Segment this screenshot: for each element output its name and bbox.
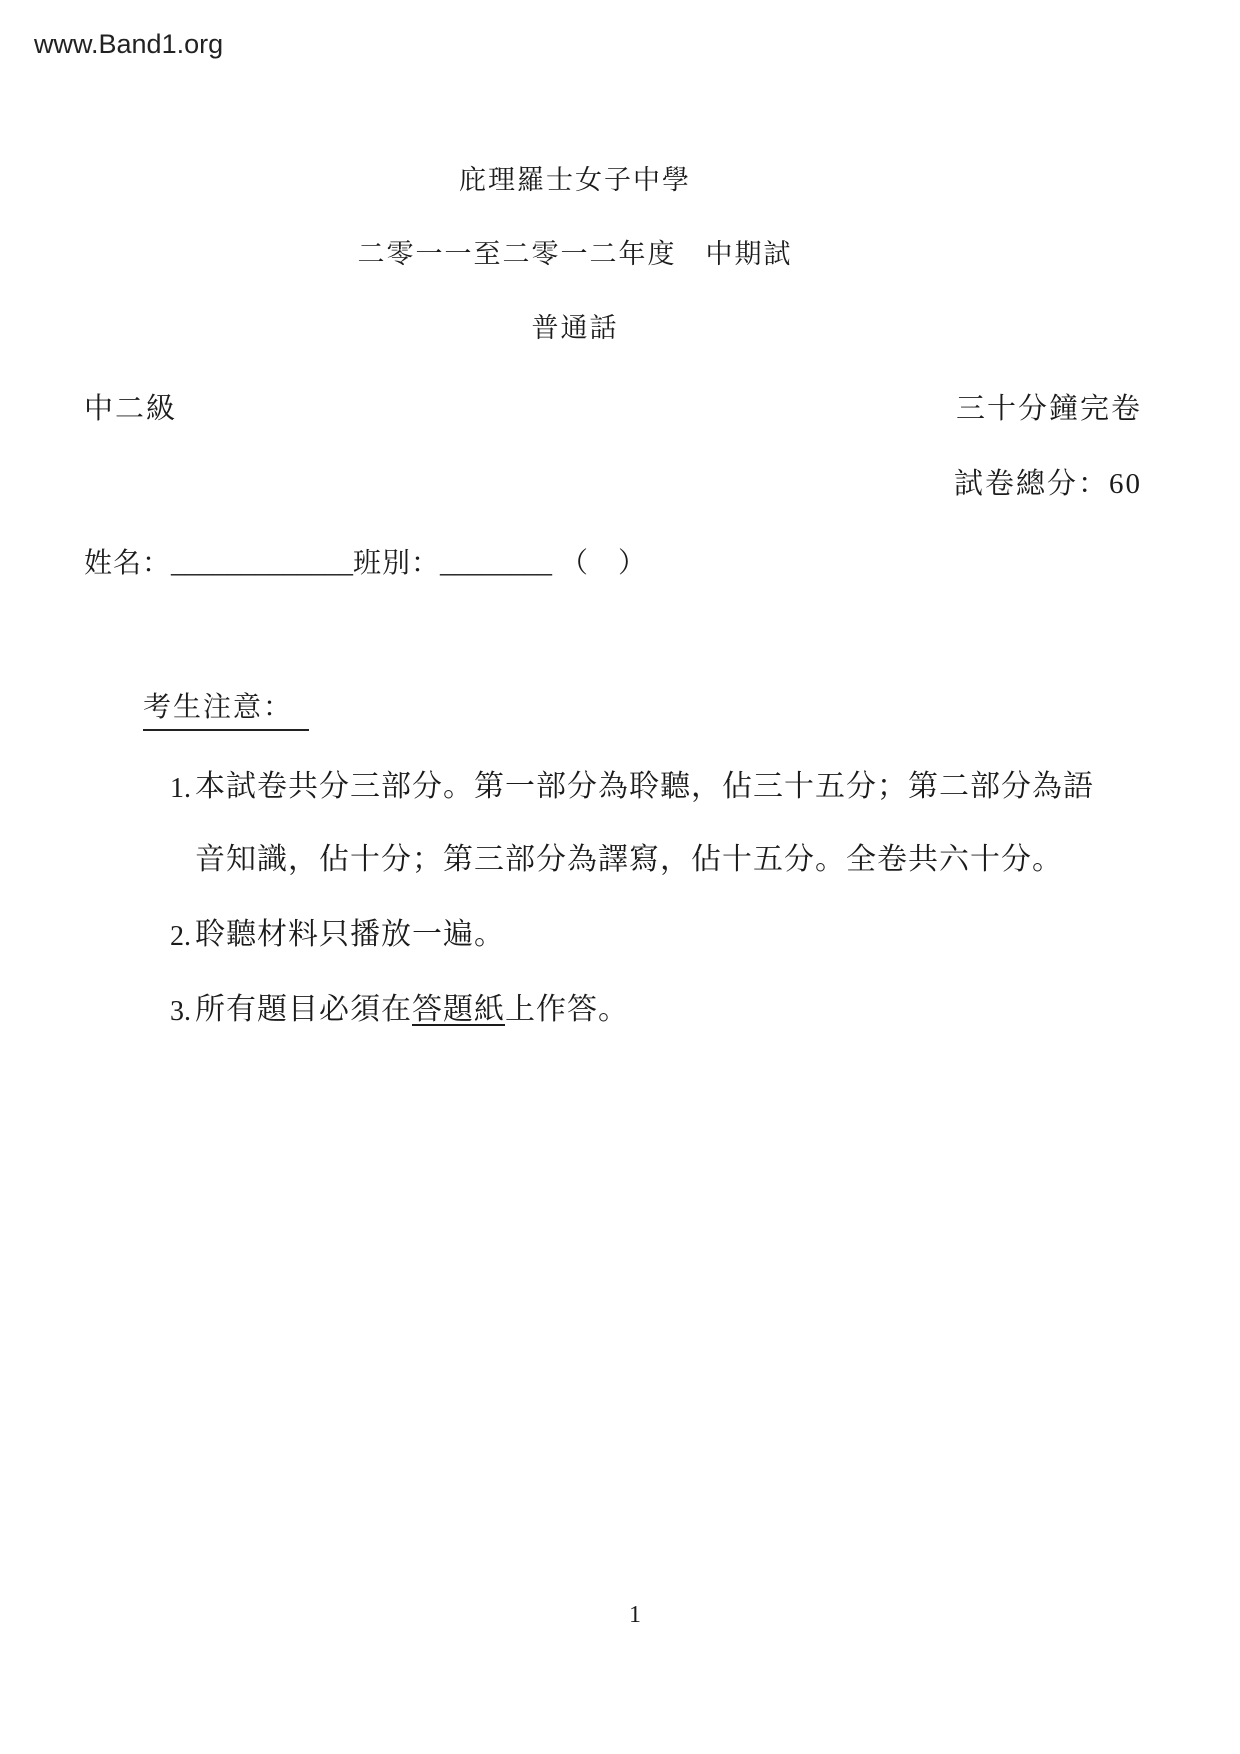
notice-item-2-text: 聆聽材料只播放一遍。	[195, 916, 505, 954]
notice-heading-wrap: 考生注意：	[143, 690, 309, 731]
exam-paper-page: www.Band1.org 庇理羅士女子中學 二零一一至二零一二年度 中期試 普…	[0, 0, 1240, 1754]
class-blank-field: ________	[440, 548, 552, 579]
name-blank-field: _____________	[171, 548, 353, 579]
notice-item-3-prefix: 所有題目必須在	[195, 993, 412, 1026]
time-limit: 三十分鐘完卷	[956, 391, 1142, 427]
page-number: 1	[0, 1600, 1240, 1630]
notice-item-3-text: 所有題目必須在答題紙上作答。	[195, 991, 629, 1029]
notice-heading: 考生注意：	[143, 690, 309, 731]
notice-item-3-underlined-term: 答題紙	[412, 993, 505, 1026]
notice-item-2-number: 2.	[170, 919, 191, 954]
notice-item-1-line-2: 音知識，佔十分；第三部分為譯寫，佔十五分。全卷共六十分。	[195, 841, 1063, 879]
notice-item-1-line-1: 本試卷共分三部分。第一部分為聆聽，佔三十五分；第二部分為語	[195, 768, 1094, 806]
notice-item-3-suffix: 上作答。	[505, 993, 629, 1026]
subject-title: 普通話	[0, 312, 1150, 346]
name-label: 姓名：	[84, 548, 171, 579]
grade-level: 中二級	[84, 391, 177, 427]
school-name: 庇理羅士女子中學	[0, 164, 1150, 198]
class-number-brackets: （ ）	[560, 548, 647, 579]
site-watermark: www.Band1.org	[34, 28, 223, 62]
student-info-row: 姓名：_____________班別：________ （ ）	[84, 546, 647, 581]
total-marks: 試卷總分：60	[954, 466, 1142, 502]
exam-session-title: 二零一一至二零一二年度 中期試	[0, 238, 1150, 272]
notice-item-1-number: 1.	[170, 771, 191, 806]
class-label: 班別：	[353, 548, 440, 579]
notice-item-3-number: 3.	[170, 994, 191, 1029]
